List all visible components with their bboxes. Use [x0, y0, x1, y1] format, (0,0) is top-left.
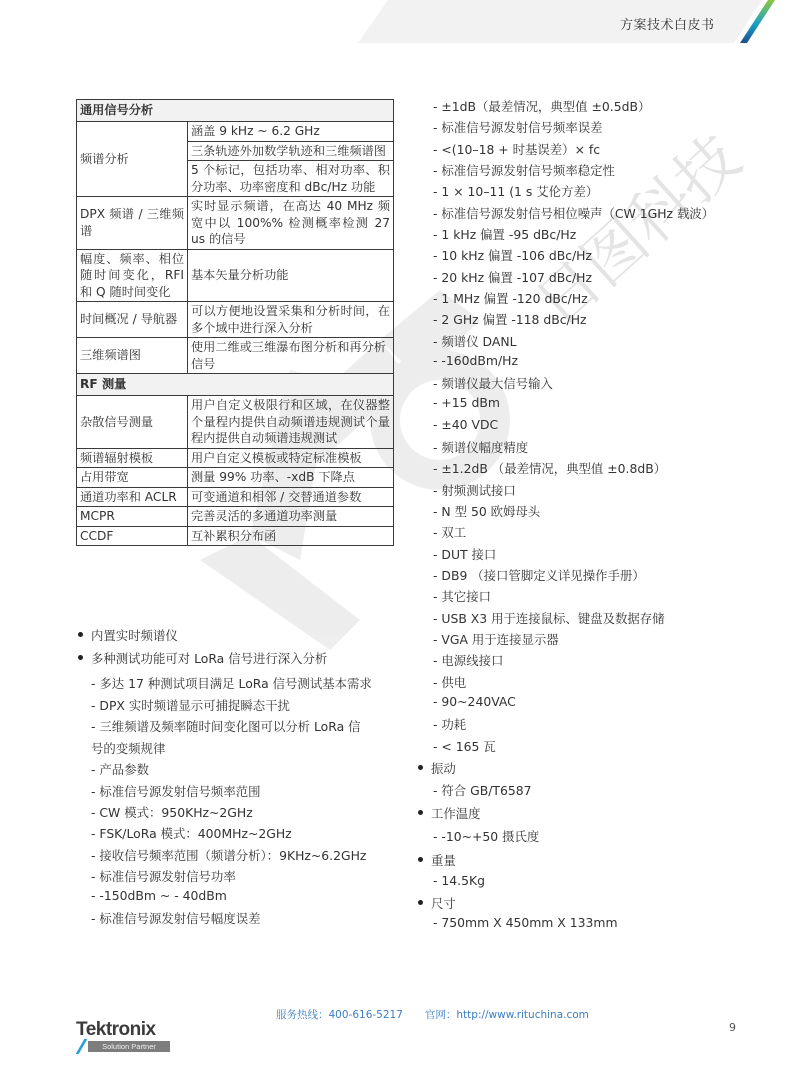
table-row: CCDF 互补累积分布函 — [77, 526, 394, 546]
website-link[interactable]: 官网：http://www.rituchina.com — [425, 1009, 589, 1021]
list-item: - 750mm X 450mm X 133mm — [433, 915, 618, 930]
list-item: 多种测试功能可对 LoRa 信号进行深入分析 — [78, 649, 327, 667]
list-item: - 多达 17 种测试项目满足 LoRa 信号测试基本需求 — [91, 674, 372, 692]
list-item: - DPX 实时频谱显示可捕捉瞬态干扰 — [91, 696, 290, 714]
document-type-title: 方案技术白皮书 — [620, 14, 730, 33]
feature-name: 占用带宽 — [77, 468, 188, 488]
feature-value: 完善灵活的多通道功率测量 — [188, 507, 394, 527]
feature-value: 使用二维或三维瀑布图分析和再分析信号 — [188, 338, 394, 374]
list-item: - 电源线接口 — [433, 651, 503, 669]
table-row: 通道功率和 ACLR 可变通道和相邻 / 交替通道参数 — [77, 487, 394, 507]
list-item: - -150dBm ~ - 40dBm — [91, 888, 227, 903]
table-section-header: 通用信号分析 — [77, 100, 394, 122]
list-item: - 标准信号源发射信号功率 — [91, 867, 236, 885]
feature-value: 互补累积分布函 — [188, 526, 394, 546]
list-item: - 1 × 10–11 (1 s 艾伦方差） — [433, 182, 598, 200]
page-number: 9 — [729, 1021, 736, 1034]
feature-name: CCDF — [77, 526, 188, 546]
hotline-text: 服务热线：400-616-5217 — [276, 1009, 403, 1021]
feature-value: 用户自定义极限行和区域，在仪器整个量程内提供自动频谱违规测试个量程内提供自动频谱… — [188, 396, 394, 449]
feature-value: 涵盖 9 kHz ~ 6.2 GHz — [188, 122, 394, 142]
feature-value: 三条轨迹外加数学轨迹和三维频谱图 — [188, 141, 394, 161]
list-item: 号的变频规律 — [91, 739, 165, 757]
list-item: - 其它接口 — [433, 587, 491, 605]
feature-value: 可变通道和相邻 / 交替通道参数 — [188, 487, 394, 507]
feature-name: 时间概况 / 导航器 — [77, 302, 188, 338]
spec-table: 通用信号分析 频谱分析 涵盖 9 kHz ~ 6.2 GHz 三条轨迹外加数学轨… — [76, 99, 394, 546]
list-item: - DB9 （接口管脚定义详见操作手册） — [433, 566, 645, 584]
list-item: - 标准信号源发射信号幅度误差 — [91, 909, 261, 927]
feature-name: 通道功率和 ACLR — [77, 487, 188, 507]
list-item: - N 型 50 欧姆母头 — [433, 502, 540, 520]
list-item: - -160dBm/Hz — [433, 353, 518, 368]
list-item: - 供电 — [433, 673, 466, 691]
list-item: 重量 — [418, 851, 456, 869]
list-item: - 频谱仪幅度精度 — [433, 438, 528, 456]
list-item: - 接收信号频率范围（频谱分析）：9KHz~6.2GHz — [91, 846, 366, 864]
list-item: - 标准信号源发射信号相位噪声（CW 1GHz 载波） — [433, 204, 714, 222]
feature-value: 用户自定义模板或特定标准模板 — [188, 448, 394, 468]
list-item: 内置实时频谱仪 — [78, 626, 178, 644]
table-row: 杂散信号测量 用户自定义极限行和区域，在仪器整个量程内提供自动频谱违规测试个量程… — [77, 396, 394, 449]
feature-value: 基本矢量分析功能 — [188, 249, 394, 302]
list-item: - 20 kHz 偏置 -107 dBc/Hz — [433, 268, 592, 286]
list-item: - 双工 — [433, 523, 466, 541]
list-item: - ±1.2dB （最差情况，典型值 ±0.8dB） — [433, 459, 666, 477]
feature-name: 杂散信号测量 — [77, 396, 188, 449]
list-item: - 频谱仪 DANL — [433, 332, 517, 350]
table-section-header: RF 测量 — [77, 374, 394, 396]
list-item: - USB X3 用于连接鼠标、键盘及数据存储 — [433, 609, 665, 627]
table-row: 时间概况 / 导航器 可以方便地设置采集和分析时间，在多个域中进行深入分析 — [77, 302, 394, 338]
feature-name: 三维频谱图 — [77, 338, 188, 374]
feature-name: 频谱分析 — [77, 122, 188, 197]
feature-value: 5 个标记，包括功率、相对功率、积分功率、功率密度和 dBc/Hz 功能 — [188, 161, 394, 197]
feature-name: MCPR — [77, 507, 188, 527]
list-item: - -10~+50 摄氏度 — [433, 827, 539, 845]
list-item: - 2 GHz 偏置 -118 dBc/Hz — [433, 310, 587, 328]
list-item: - 1 MHz 偏置 -120 dBc/Hz — [433, 289, 588, 307]
list-item: - 90~240VAC — [433, 694, 516, 709]
list-item: - FSK/LoRa 模式：400MHz~2GHz — [91, 824, 292, 842]
tektronix-logo: Tektronix Solution Partner — [76, 1019, 171, 1053]
list-item: - CW 模式：950KHz~2GHz — [91, 803, 253, 821]
table-row: 三维频谱图 使用二维或三维瀑布图分析和再分析信号 — [77, 338, 394, 374]
list-item: 振动 — [418, 759, 456, 777]
logo-slash-icon — [76, 1039, 88, 1054]
feature-value: 实时显示频谱，在高达 40 MHz 频宽中以 100%% 检测概率检测 27 u… — [188, 197, 394, 250]
list-item: - 10 kHz 偏置 -106 dBc/Hz — [433, 246, 592, 264]
list-item: - 三维频谱及频率随时间变化图可以分析 LoRa 信 — [91, 717, 361, 735]
list-item: 工作温度 — [418, 804, 481, 822]
list-item: - <(10–18 + 时基误差）× fc — [433, 140, 600, 158]
list-item: - < 165 瓦 — [433, 737, 496, 755]
list-item: - 标准信号源发射信号频率稳定性 — [433, 161, 615, 179]
list-item: - 1 kHz 偏置 -95 dBc/Hz — [433, 225, 576, 243]
list-item: - 频谱仪最大信号输入 — [433, 374, 553, 392]
feature-name: 频谱辐射模板 — [77, 448, 188, 468]
list-item: - 射频测试接口 — [433, 481, 516, 499]
list-item: - 符合 GB/T6587 — [433, 781, 532, 799]
list-item: - 标准信号源发射信号频率误差 — [433, 118, 603, 136]
list-item: - ±40 VDC — [433, 417, 498, 432]
list-item: - 产品参数 — [91, 760, 149, 778]
feature-name: DPX 频谱 / 三维频谱 — [77, 197, 188, 250]
list-item: - 功耗 — [433, 715, 466, 733]
list-item: - 14.5Kg — [433, 873, 485, 888]
table-row: MCPR 完善灵活的多通道功率测量 — [77, 507, 394, 527]
list-item: - DUT 接口 — [433, 545, 496, 563]
feature-value: 测量 99% 功率、-xdB 下降点 — [188, 468, 394, 488]
table-row: 幅度、频率、相位随时间变化，RFI 和 Q 随时间变化 基本矢量分析功能 — [77, 249, 394, 302]
section-title: RF 测量 — [77, 374, 394, 396]
table-row: 频谱分析 涵盖 9 kHz ~ 6.2 GHz — [77, 122, 394, 142]
feature-name: 幅度、频率、相位随时间变化，RFI 和 Q 随时间变化 — [77, 249, 188, 302]
list-item: - +15 dBm — [433, 395, 500, 410]
table-row: 频谱辐射模板 用户自定义模板或特定标准模板 — [77, 448, 394, 468]
feature-value: 可以方便地设置采集和分析时间，在多个域中进行深入分析 — [188, 302, 394, 338]
table-row: DPX 频谱 / 三维频谱 实时显示频谱，在高达 40 MHz 频宽中以 100… — [77, 197, 394, 250]
list-item: - 标准信号源发射信号频率范围 — [91, 782, 261, 800]
logo-tagline: Solution Partner — [88, 1041, 170, 1052]
list-item: - VGA 用于连接显示器 — [433, 630, 559, 648]
list-item: - ±1dB（最差情况，典型值 ±0.5dB） — [433, 97, 650, 115]
list-item: 尺寸 — [418, 894, 456, 912]
footer-contact: 服务热线：400-616-5217官网：http://www.rituchina… — [276, 1007, 589, 1022]
section-title: 通用信号分析 — [77, 100, 394, 122]
table-row: 占用带宽 测量 99% 功率、-xdB 下降点 — [77, 468, 394, 488]
logo-brand: Tektronix — [76, 1019, 156, 1041]
